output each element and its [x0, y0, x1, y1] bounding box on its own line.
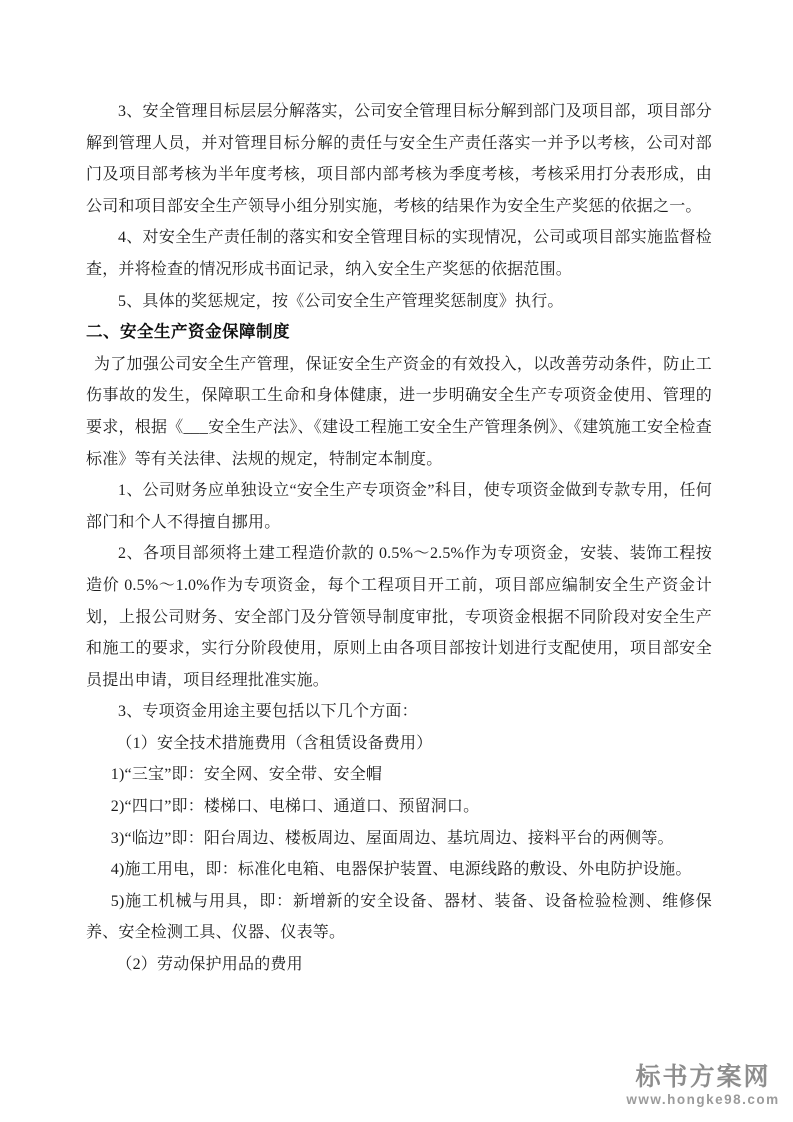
document-body: 3、安全管理目标层层分解落实，公司安全管理目标分解到部门及项目部，项目部分解到管… — [86, 96, 712, 981]
subitem-machinery-tools: 5)施工机械与用具，即：新增新的安全设备、器材、装备、设备检验检测、维修保养、安… — [86, 886, 712, 949]
item-labor-protection-cost: （2）劳动保护用品的费用 — [86, 949, 712, 981]
section-heading-fund-guarantee: 二、安全生产资金保障制度 — [86, 317, 712, 349]
paragraph-fund-ratio-plan: 2、各项目部须将土建工程造价款的 0.5%～2.5%作为专项资金，安装、装饰工程… — [86, 538, 712, 696]
paragraph-special-fund-account: 1、公司财务应单独设立“安全生产专项资金”科目，使专项资金做到专款专用，任何部门… — [86, 475, 712, 538]
subitem-sikou: 2)“四口”即：楼梯口、电梯口、通道口、预留洞口。 — [86, 791, 712, 823]
subitem-linbian: 3)“临边”即：阳台周边、楼板周边、屋面周边、基坑周边、接料平台的两侧等。 — [86, 823, 712, 855]
subitem-sanbao: 1)“三宝”即：安全网、安全带、安全帽 — [86, 759, 712, 791]
paragraph-supervision-check: 4、对安全生产责任制的落实和安全管理目标的实现情况，公司或项目部实施监督检查，并… — [86, 222, 712, 285]
watermark: 标书方案网 www.hongke98.com — [619, 1062, 787, 1108]
watermark-site-name: 标书方案网 — [619, 1062, 787, 1092]
paragraph-goal-breakdown: 3、安全管理目标层层分解落实，公司安全管理目标分解到部门及项目部，项目部分解到管… — [86, 96, 712, 222]
subitem-construction-power: 4)施工用电，即：标准化电箱、电器保护装置、电源线路的敷设、外电防护设施。 — [86, 854, 712, 886]
paragraph-fund-usage-intro: 3、专项资金用途主要包括以下几个方面： — [86, 696, 712, 728]
paragraph-intro-purpose: 为了加强公司安全生产管理，保证安全生产资金的有效投入，以改善劳动条件，防止工伤事… — [86, 349, 712, 475]
paragraph-reward-punishment: 5、具体的奖惩规定，按《公司安全生产管理奖惩制度》执行。 — [86, 286, 712, 318]
watermark-site-url: www.hongke98.com — [619, 1092, 787, 1108]
document-page: 3、安全管理目标层层分解落实，公司安全管理目标分解到部门及项目部，项目部分解到管… — [0, 0, 793, 1122]
item-safety-tech-measures: （1）安全技术措施费用（含租赁设备费用） — [86, 728, 712, 760]
